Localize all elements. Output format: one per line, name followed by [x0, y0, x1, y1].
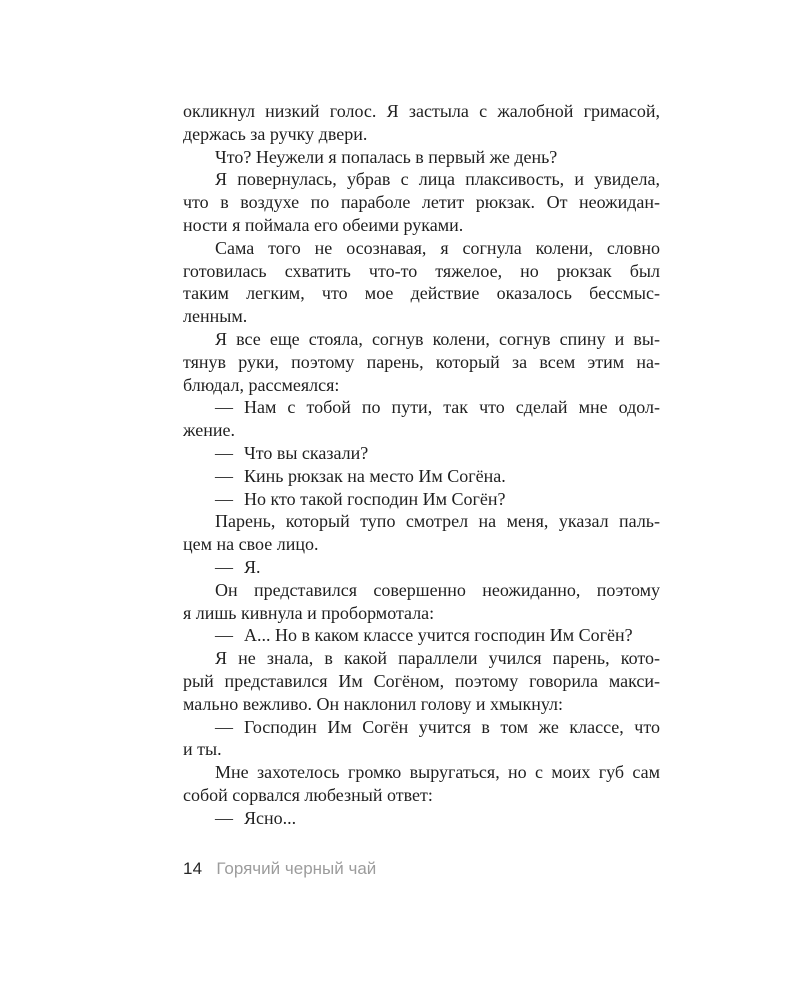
text-line: Мне захотелось громко выругаться, но с м…: [183, 761, 660, 784]
paragraph: Он представился совершенно неожиданно, п…: [183, 579, 660, 625]
paragraph: Я повернулась, убрав с лица плаксивость,…: [183, 168, 660, 236]
paragraph: —Что вы сказали?: [183, 442, 660, 465]
paragraph: Я все еще стояла, согнув колени, согнув …: [183, 328, 660, 396]
em-dash: —: [215, 466, 233, 486]
em-dash: —: [215, 397, 233, 417]
em-dash: —: [215, 557, 233, 577]
em-dash: —: [215, 489, 233, 509]
paragraph: —Нам с тобой по пути, так что сделай мне…: [183, 396, 660, 442]
text-line: окликнул низкий голос. Я застыла с жалоб…: [183, 100, 660, 123]
paragraph: —Но кто такой господин Им Согён?: [183, 488, 660, 511]
text-line: Что? Неужели я попалась в первый же день…: [183, 146, 660, 169]
text-line: рый представился Им Согёном, поэтому гов…: [183, 670, 660, 693]
text-line: я лишь кивнула и пробормотала:: [183, 602, 660, 625]
page-number: 14: [183, 859, 202, 879]
text-line: —Ясно...: [183, 807, 660, 830]
text-line: ленным.: [183, 305, 660, 328]
text-line: что в воздухе по параболе летит рюкзак. …: [183, 191, 660, 214]
book-page: окликнул низкий голос. Я застыла с жалоб…: [0, 0, 800, 1000]
text-line: Я повернулась, убрав с лица плаксивость,…: [183, 168, 660, 191]
em-dash: —: [215, 717, 233, 737]
text-line: Я все еще стояла, согнув колени, согнув …: [183, 328, 660, 351]
paragraph: окликнул низкий голос. Я застыла с жалоб…: [183, 100, 660, 146]
text-line: мально вежливо. Он наклонил голову и хмы…: [183, 693, 660, 716]
text-line: ности я поймала его обеими руками.: [183, 214, 660, 237]
paragraph: —Я.: [183, 556, 660, 579]
text-line: цем на свое лицо.: [183, 533, 660, 556]
text-line: —Нам с тобой по пути, так что сделай мне…: [183, 396, 660, 419]
text-line: —Но кто такой господин Им Согён?: [183, 488, 660, 511]
paragraph: Что? Неужели я попалась в первый же день…: [183, 146, 660, 169]
paragraph: —Ясно...: [183, 807, 660, 830]
text-line: блюдал, рассмеялся:: [183, 374, 660, 397]
text-block: окликнул низкий голос. Я застыла с жалоб…: [183, 100, 660, 830]
paragraph: —Господин Им Согён учится в том же класс…: [183, 716, 660, 762]
paragraph: Парень, который тупо смотрел на меня, ук…: [183, 510, 660, 556]
text-line: Он представился совершенно неожиданно, п…: [183, 579, 660, 602]
text-line: —Господин Им Согён учится в том же класс…: [183, 716, 660, 739]
text-line: готовилась схватить что-то тяжелое, но р…: [183, 260, 660, 283]
text-line: таким легким, что мое действие оказалось…: [183, 282, 660, 305]
em-dash: —: [215, 625, 233, 645]
paragraph: Я не знала, в какой параллели учился пар…: [183, 647, 660, 715]
text-line: держась за ручку двери.: [183, 123, 660, 146]
text-line: Сама того не осознавая, я согнула колени…: [183, 237, 660, 260]
text-line: —А... Но в каком классе учится господин …: [183, 624, 660, 647]
paragraph: Сама того не осознавая, я согнула колени…: [183, 237, 660, 328]
text-line: —Что вы сказали?: [183, 442, 660, 465]
page-footer: 14 Горячий черный чай: [183, 859, 376, 879]
running-title: Горячий черный чай: [216, 859, 376, 879]
text-line: и ты.: [183, 738, 660, 761]
paragraph: Мне захотелось громко выругаться, но с м…: [183, 761, 660, 807]
text-line: Парень, который тупо смотрел на меня, ук…: [183, 510, 660, 533]
text-line: Я не знала, в какой параллели учился пар…: [183, 647, 660, 670]
text-line: тянув руки, поэтому парень, который за в…: [183, 351, 660, 374]
text-line: —Я.: [183, 556, 660, 579]
em-dash: —: [215, 443, 233, 463]
text-line: жение.: [183, 419, 660, 442]
paragraph: —Кинь рюкзак на место Им Согёна.: [183, 465, 660, 488]
paragraph: —А... Но в каком классе учится господин …: [183, 624, 660, 647]
text-line: —Кинь рюкзак на место Им Согёна.: [183, 465, 660, 488]
em-dash: —: [215, 808, 233, 828]
text-line: собой сорвался любезный ответ:: [183, 784, 660, 807]
